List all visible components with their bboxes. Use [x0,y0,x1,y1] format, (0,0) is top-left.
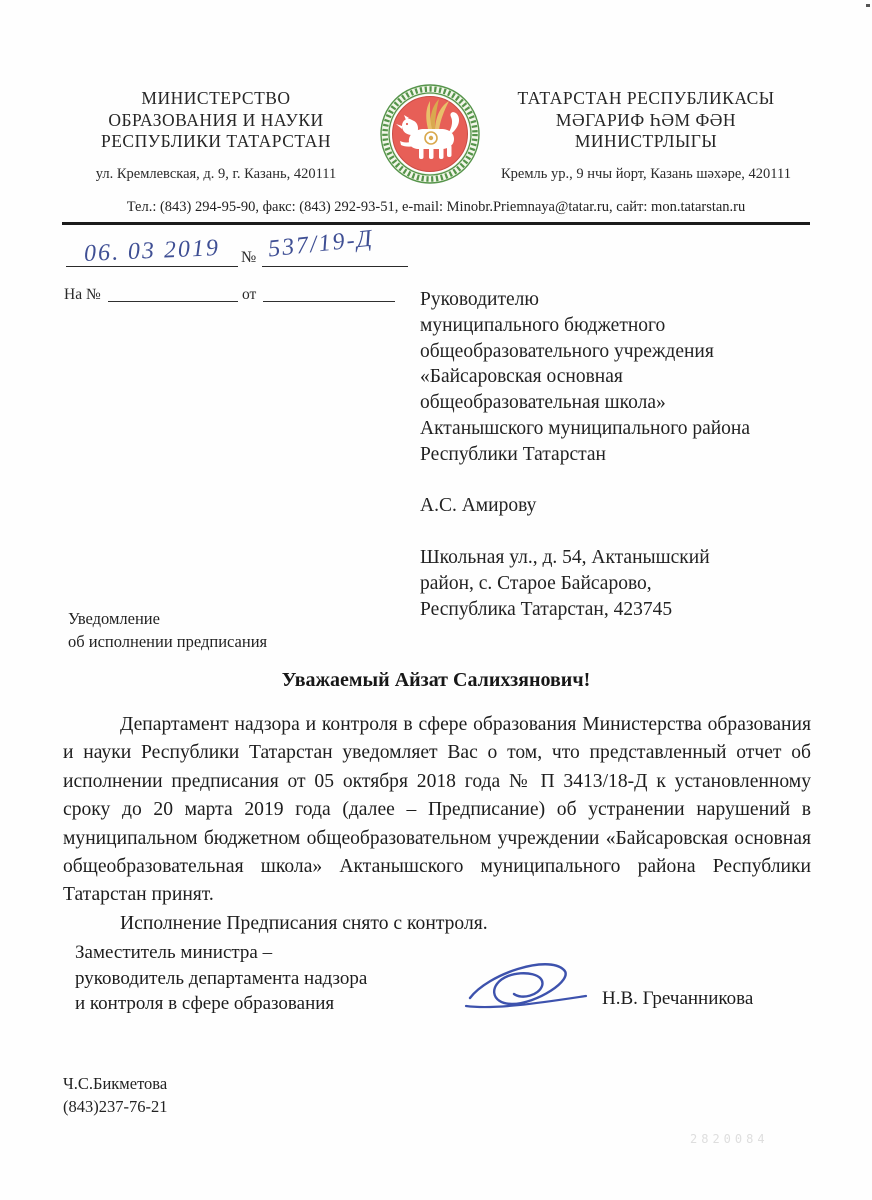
letterhead-divider [62,222,810,225]
spacer [420,519,770,545]
reply-date-underline [263,301,395,302]
org-line: РЕСПУБЛИКИ ТАТАРСТАН [66,131,366,153]
reply-number-underline [108,301,238,302]
recipient-address-line: Школьная ул., д. 54, Актанышский [420,545,770,571]
recipient-person-name: А.С. Амирову [420,493,770,519]
reply-from-label: от [242,286,256,304]
org-line: МИНИСТРЛЫГЫ [478,131,814,153]
ministry-name-russian: МИНИСТЕРСТВО ОБРАЗОВАНИЯ И НАУКИ РЕСПУБЛ… [66,88,366,153]
contact-info-line: Тел.: (843) 294-95-90, факс: (843) 292-9… [0,199,872,216]
subject-line: об исполнении предписания [68,631,267,654]
recipient-line: общеобразовательная школа» [420,390,770,416]
recipient-block: Руководителю муниципального бюджетного о… [420,287,770,622]
address-russian: ул. Кремлевская, д. 9, г. Казань, 420111 [66,166,366,183]
reply-to-number-label: На № [64,286,101,304]
body-paragraph: Исполнение Предписания снято с контроля. [63,910,811,938]
signer-position-line: и контроля в сфере образования [75,991,405,1017]
signer-name: Н.В. Гречанникова [602,988,753,1010]
recipient-line: Руководителю [420,287,770,313]
recipient-address-line: район, с. Старое Байсарово, [420,571,770,597]
ministry-name-tatar: ТАТАРСТАН РЕСПУБЛИКАСЫ МӘГАРИФ ҺӘМ ФӘН М… [478,88,814,153]
number-underline [262,266,408,267]
date-underline [66,266,238,267]
handwritten-signature-icon [462,952,590,1024]
scan-speck [866,4,870,7]
recipient-line: Актанышского муниципального района [420,416,770,442]
document-subject: Уведомление об исполнении предписания [68,608,267,653]
org-line: ТАТАРСТАН РЕСПУБЛИКАСЫ [478,88,814,110]
recipient-line: «Байсаровская основная [420,364,770,390]
org-line: ОБРАЗОВАНИЯ И НАУКИ [66,110,366,132]
org-line: МӘГАРИФ ҺӘМ ФӘН [478,110,814,132]
number-sign-label: № [241,249,256,267]
executor-name: Ч.С.Бикметова [63,1073,167,1096]
tatarstan-coat-of-arms-icon [379,83,481,185]
recipient-line: муниципального бюджетного [420,313,770,339]
body-paragraph: Департамент надзора и контроля в сфере о… [63,711,811,910]
scanned-letter-page: МИНИСТЕРСТВО ОБРАЗОВАНИЯ И НАУКИ РЕСПУБЛ… [0,0,872,1200]
scan-artifact-text: 2820084 [690,1132,769,1146]
address-tatar: Кремль ур., 9 нчы йорт, Казань шәхәре, 4… [478,166,814,183]
recipient-address-line: Республика Татарстан, 423745 [420,597,770,623]
signer-position-line: руководитель департамента надзора [75,966,405,992]
subject-line: Уведомление [68,608,267,631]
executor-phone: (843)237-76-21 [63,1096,167,1119]
handwritten-number: 537/19-Д [267,226,375,264]
salutation: Уважаемый Айзат Салихзянович! [0,669,872,692]
org-line: МИНИСТЕРСТВО [66,88,366,110]
signer-position-block: Заместитель министра – руководитель депа… [75,940,405,1017]
executor-block: Ч.С.Бикметова (843)237-76-21 [63,1073,167,1118]
recipient-line: общеобразовательного учреждения [420,339,770,365]
recipient-line: Республики Татарстан [420,442,770,468]
spacer [420,468,770,494]
signer-position-line: Заместитель министра – [75,940,405,966]
handwritten-date: 06. 03 2019 [83,235,220,268]
letter-body: Департамент надзора и контроля в сфере о… [63,711,811,938]
